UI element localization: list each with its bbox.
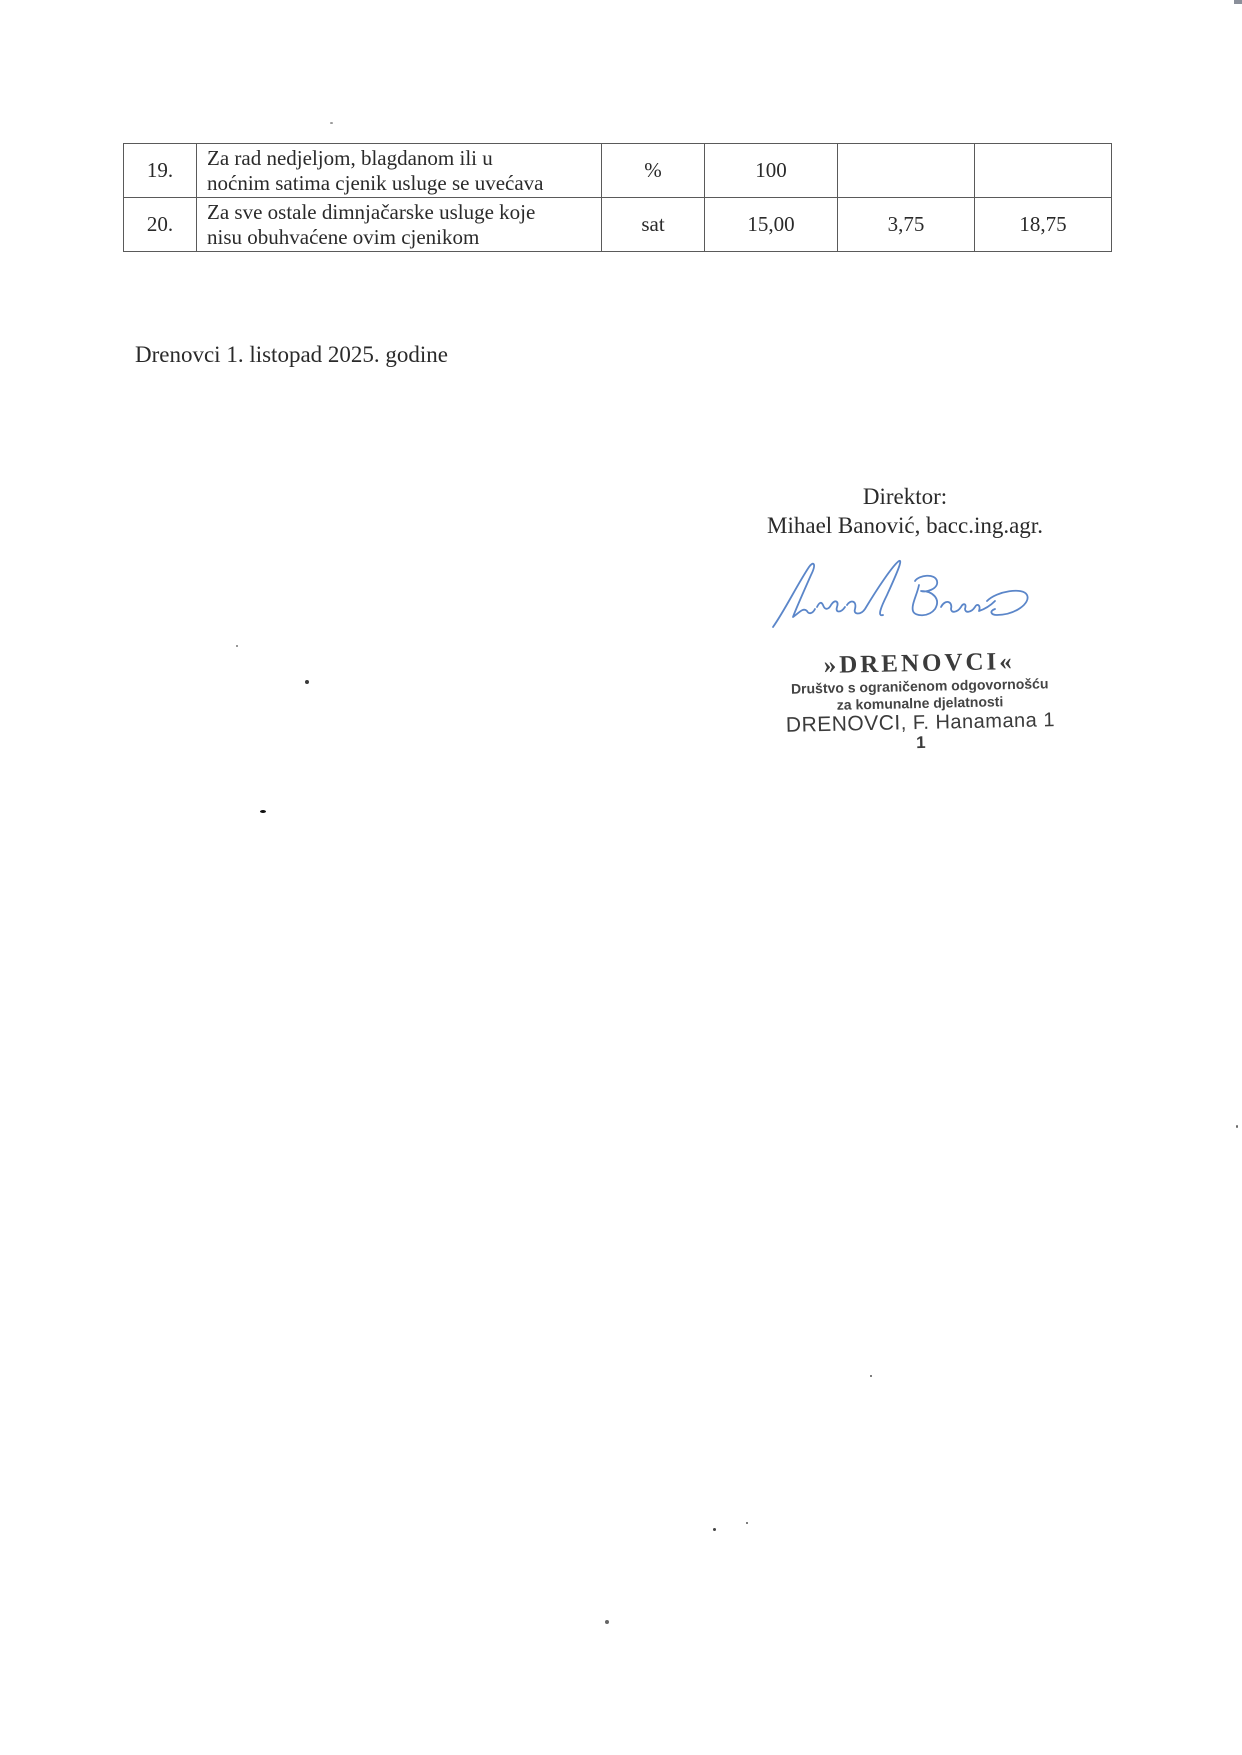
row-unit: %	[602, 144, 705, 198]
scan-speck	[1236, 1125, 1238, 1128]
scan-speck	[870, 1375, 872, 1377]
place-and-date: Drenovci 1. listopad 2025. godine	[135, 342, 448, 368]
row-vat	[838, 144, 975, 198]
scan-speck	[713, 1528, 716, 1531]
row-number: 19.	[124, 144, 197, 198]
scan-speck	[260, 810, 266, 813]
scan-speck	[305, 680, 309, 684]
scan-speck	[746, 1522, 748, 1524]
scan-speck	[236, 645, 238, 647]
row-vat: 3,75	[838, 198, 975, 252]
scan-edge-mark	[1234, 0, 1242, 4]
description-line: Za rad nedjeljom, blagdanom ili u	[207, 146, 595, 171]
row-description: Za rad nedjeljom, blagdanom ili u noćnim…	[197, 144, 602, 198]
company-stamp: »DRENOVCI« Društvo s ograničenom odgovor…	[769, 647, 1071, 755]
description-line: noćnim satima cjenik usluge se uvećava	[207, 171, 595, 196]
signature-icon	[765, 555, 1035, 635]
scan-speck	[330, 122, 333, 124]
description-line: nisu obuhvaćene ovim cjenikom	[207, 225, 595, 250]
row-price: 100	[705, 144, 838, 198]
director-title: Direktor:	[745, 482, 1065, 511]
row-total	[975, 144, 1112, 198]
scan-speck	[605, 1620, 609, 1624]
row-description: Za sve ostale dimnjačarske usluge koje n…	[197, 198, 602, 252]
table-row: 19. Za rad nedjeljom, blagdanom ili u no…	[124, 144, 1112, 198]
stamp-street: , F. Hanamana 1	[901, 709, 1056, 734]
director-block: Direktor: Mihael Banović, bacc.ing.agr.	[745, 482, 1065, 540]
row-total: 18,75	[975, 198, 1112, 252]
row-number: 20.	[124, 198, 197, 252]
stamp-city: DRENOVCI	[786, 711, 901, 736]
row-unit: sat	[602, 198, 705, 252]
price-list-table: 19. Za rad nedjeljom, blagdanom ili u no…	[123, 143, 1112, 252]
director-name: Mihael Banović, bacc.ing.agr.	[745, 511, 1065, 540]
row-price: 15,00	[705, 198, 838, 252]
description-line: Za sve ostale dimnjačarske usluge koje	[207, 200, 595, 225]
table-row: 20. Za sve ostale dimnjačarske usluge ko…	[124, 198, 1112, 252]
